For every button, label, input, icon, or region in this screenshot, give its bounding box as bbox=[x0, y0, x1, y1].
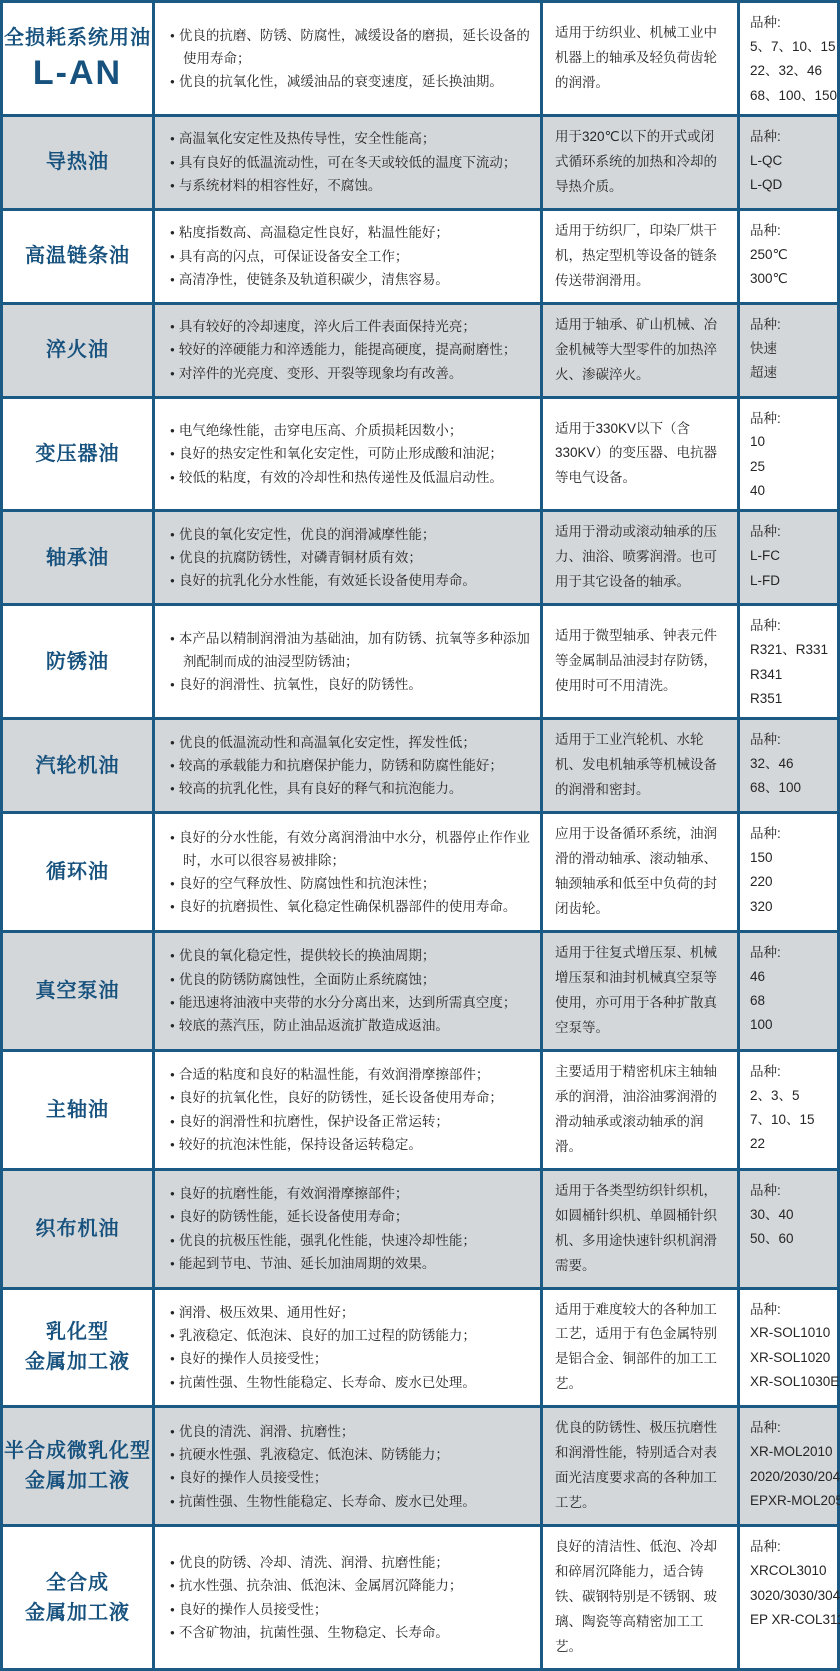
product-name-cell: 半合成微乳化型金属加工液 bbox=[3, 1408, 155, 1524]
variety-value: 5、7、10、15 bbox=[750, 35, 837, 59]
variety-value: 68 bbox=[750, 989, 833, 1013]
varieties-cell: 品种: R321、R331R341R351 bbox=[740, 606, 837, 717]
application-text: 适用于难度较大的各种加工工艺，适用于有色金属特别是铝合金、铜部件的加工工艺。 bbox=[555, 1298, 725, 1398]
application-cell: 适用于微型轴承、钟表元件等金属制品油浸封存防锈，使用时可不用清洗。 bbox=[543, 606, 740, 717]
varieties-lines: 102540 bbox=[750, 430, 833, 503]
features-cell: 合适的粘度和良好的粘温性能，有效润滑摩擦部件；良好的抗氧化性，良好的防锈性，延长… bbox=[155, 1052, 543, 1168]
product-name: 金属加工液 bbox=[25, 1598, 130, 1628]
product-name-cell: 真空泵油 bbox=[3, 933, 155, 1049]
feature-item: 良好的润滑性、抗氧性，良好的防锈性。 bbox=[170, 673, 530, 696]
application-text: 适用于微型轴承、钟表元件等金属制品油浸封存防锈，使用时可不用清洗。 bbox=[555, 624, 725, 699]
product-name: 防锈油 bbox=[46, 647, 109, 677]
table-row: 半合成微乳化型金属加工液 优良的清洗、润滑、抗磨性；抗硬水性强、乳液稳定、低泡沫… bbox=[3, 1408, 837, 1527]
feature-item: 对淬件的光亮度、变形、开裂等现象均有改善。 bbox=[170, 362, 516, 385]
variety-value: L-QC bbox=[750, 149, 833, 173]
features-list: 具有较好的冷却速度，淬火后工件表面保持光亮；较好的淬硬能力和淬透能力，能提高硬度… bbox=[170, 315, 516, 385]
features-cell: 粘度指数高、高温稳定性良好，粘温性能好；具有高的闪点，可保证设备安全工作；高清净… bbox=[155, 211, 543, 302]
features-cell: 高温氧化安定性及热传导性，安全性能高；具有良好的低温流动性，可在冬天或较低的温度… bbox=[155, 117, 543, 208]
application-cell: 主要适用于精密机床主轴轴承的润滑，油浴油雾润滑的滑动轴承或滚动轴承的润滑。 bbox=[543, 1052, 740, 1168]
variety-value: 40 bbox=[750, 479, 833, 503]
varieties-cell: 品种: 250℃300℃ bbox=[740, 211, 837, 302]
table-row: 汽轮机油 优良的低温流动性和高温氧化安定性，挥发性低；较高的承载能力和抗磨保护能… bbox=[3, 720, 837, 814]
feature-item: 较高的承载能力和抗磨保护能力，防锈和防腐性能好； bbox=[170, 754, 503, 777]
table-row: 主轴油 合适的粘度和良好的粘温性能，有效润滑摩擦部件；良好的抗氧化性，良好的防锈… bbox=[3, 1052, 837, 1171]
variety-value: 100 bbox=[750, 1013, 833, 1037]
feature-item: 能迅速将油液中夹带的水分分离出来，达到所需真空度； bbox=[170, 991, 516, 1014]
product-name-cell: 高温链条油 bbox=[3, 211, 155, 302]
table-row: 淬火油 具有较好的冷却速度，淬火后工件表面保持光亮；较好的淬硬能力和淬透能力，能… bbox=[3, 305, 837, 399]
product-name: 轴承油 bbox=[46, 543, 109, 573]
varieties-lines: 32、4668、100 bbox=[750, 752, 833, 801]
application-cell: 适用于纺织厂，印染厂烘干机，热定型机等设备的链条传送带润滑用。 bbox=[543, 211, 740, 302]
features-cell: 优良的清洗、润滑、抗磨性；抗硬水性强、乳液稳定、低泡沫、防锈能力；良好的操作人员… bbox=[155, 1408, 543, 1524]
variety-value: 32、46 bbox=[750, 752, 833, 776]
variety-value: 超速 bbox=[750, 361, 833, 385]
variety-value: L-FC bbox=[750, 544, 833, 568]
features-cell: 优良的低温流动性和高温氧化安定性，挥发性低；较高的承载能力和抗磨保护能力，防锈和… bbox=[155, 720, 543, 811]
feature-item: 优良的氧化稳定性，提供较长的换油周期； bbox=[170, 944, 516, 967]
variety-value: 320 bbox=[750, 895, 833, 919]
application-text: 良好的清洁性、低泡、冷却和碎屑沉降能力，适合铸铁、碳钢特别是不锈钢、玻璃、陶瓷等… bbox=[555, 1535, 725, 1660]
feature-item: 优良的抗腐防锈性，对磷青铜材质有效； bbox=[170, 546, 476, 569]
application-cell: 适用于滑动或滚动轴承的压力、油浴、喷雾润滑。也可用于其它设备的轴承。 bbox=[543, 512, 740, 603]
varieties-label: 品种: bbox=[750, 408, 833, 431]
variety-value: XR-SOL1030EP bbox=[750, 1370, 840, 1394]
application-cell: 适用于往复式增压泵、机械增压泵和油封机械真空泵等使用，亦可用于各种扩散真空泵等。 bbox=[543, 933, 740, 1049]
table-row: 防锈油 本产品以精制润滑油为基础油，加有防锈、抗氧等多种添加剂配制而成的油浸型防… bbox=[3, 606, 837, 720]
product-name: 变压器油 bbox=[36, 439, 120, 469]
product-name: 全合成 bbox=[46, 1568, 109, 1598]
feature-item: 抗菌性强、生物性能稳定、长寿命、废水已处理。 bbox=[170, 1371, 476, 1394]
feature-item: 较好的淬硬能力和淬透能力，能提高硬度，提高耐磨性； bbox=[170, 338, 516, 361]
varieties-label: 品种: bbox=[750, 823, 833, 846]
feature-item: 优良的抗磨、防锈、防腐性，减缓设备的磨损，延长设备的使用寿命； bbox=[170, 24, 530, 70]
product-name-cell: 导热油 bbox=[3, 117, 155, 208]
feature-item: 良好的空气释放性、防腐蚀性和抗泡沫性； bbox=[170, 872, 530, 895]
varieties-cell: 品种: 5、7、10、1522、32、4668、100、150 bbox=[740, 3, 840, 114]
varieties-cell: 品种: 30、4050、60 bbox=[740, 1171, 837, 1287]
feature-item: 良好的防锈性能，延长设备使用寿命； bbox=[170, 1205, 476, 1228]
feature-item: 乳液稳定、低泡沫、良好的加工过程的防锈能力； bbox=[170, 1324, 476, 1347]
variety-value: L-QD bbox=[750, 173, 833, 197]
varieties-cell: 品种: 2、3、57、10、1522 bbox=[740, 1052, 837, 1168]
features-cell: 良好的分水性能，有效分离润滑油中水分，机器停止作作业时，水可以很容易被排除；良好… bbox=[155, 814, 543, 930]
feature-item: 电气绝缘性能，击穿电压高、介质损耗因数小； bbox=[170, 419, 503, 442]
application-cell: 适用于纺织业、机械工业中机器上的轴承及轻负荷齿轮的润滑。 bbox=[543, 3, 740, 114]
feature-item: 合适的粘度和良好的粘温性能，有效润滑摩擦部件； bbox=[170, 1063, 503, 1086]
feature-item: 良好的抗乳化分水性能，有效延长设备使用寿命。 bbox=[170, 569, 476, 592]
feature-item: 良好的分水性能，有效分离润滑油中水分，机器停止作作业时，水可以很容易被排除； bbox=[170, 826, 530, 872]
varieties-label: 品种: bbox=[750, 1061, 833, 1084]
table-row: 循环油 良好的分水性能，有效分离润滑油中水分，机器停止作作业时，水可以很容易被排… bbox=[3, 814, 837, 933]
feature-item: 良好的操作人员接受性； bbox=[170, 1598, 462, 1621]
application-text: 适用于纺织厂，印染厂烘干机，热定型机等设备的链条传送带润滑用。 bbox=[555, 219, 725, 294]
application-text: 适用于滑动或滚动轴承的压力、油浴、喷雾润滑。也可用于其它设备的轴承。 bbox=[555, 520, 725, 595]
features-list: 优良的防锈、冷却、清洗、润滑、抗磨性能；抗水性强、抗杂油、低泡沫、金属屑沉降能力… bbox=[170, 1551, 462, 1644]
table-row: 轴承油 优良的氧化安定性，优良的润滑减摩性能；优良的抗腐防锈性，对磷青铜材质有效… bbox=[3, 512, 837, 606]
application-cell: 适用于轴承、矿山机械、冶金机械等大型零件的加热淬火、渗碳淬火。 bbox=[543, 305, 740, 396]
varieties-label: 品种: bbox=[750, 1299, 840, 1322]
product-name: 循环油 bbox=[46, 857, 109, 887]
features-list: 优良的抗磨、防锈、防腐性，减缓设备的磨损，延长设备的使用寿命；优良的抗氧化性，减… bbox=[170, 24, 530, 94]
table-row: 乳化型金属加工液 润滑、极压效果、通用性好；乳液稳定、低泡沫、良好的加工过程的防… bbox=[3, 1290, 837, 1409]
features-cell: 优良的抗磨、防锈、防腐性，减缓设备的磨损，延长设备的使用寿命；优良的抗氧化性，减… bbox=[155, 3, 543, 114]
variety-value: 50、60 bbox=[750, 1227, 833, 1251]
application-text: 应用于设备循环系统，油润滑的滑动轴承、滚动轴承、轴颈轴承和低至中负荷的封闭齿轮。 bbox=[555, 822, 725, 922]
variety-value: 46 bbox=[750, 965, 833, 989]
features-list: 优良的清洗、润滑、抗磨性；抗硬水性强、乳液稳定、低泡沫、防锈能力；良好的操作人员… bbox=[170, 1420, 476, 1513]
product-name: 金属加工液 bbox=[25, 1466, 130, 1496]
varieties-cell: 品种: L-FCL-FD bbox=[740, 512, 837, 603]
variety-value: 150 bbox=[750, 846, 833, 870]
features-cell: 本产品以精制润滑油为基础油，加有防锈、抗氧等多种添加剂配制而成的油浸型防锈油；良… bbox=[155, 606, 543, 717]
table-row: 织布机油 良好的抗磨性能，有效润滑摩擦部件；良好的防锈性能，延长设备使用寿命；优… bbox=[3, 1171, 837, 1290]
feature-item: 优良的清洗、润滑、抗磨性； bbox=[170, 1420, 476, 1443]
varieties-label: 品种: bbox=[750, 615, 833, 638]
varieties-label: 品种: bbox=[750, 1180, 833, 1203]
variety-value: 300℃ bbox=[750, 267, 833, 291]
varieties-label: 品种: bbox=[750, 521, 833, 544]
product-name-cell: 汽轮机油 bbox=[3, 720, 155, 811]
varieties-label: 品种: bbox=[750, 942, 833, 965]
varieties-lines: L-QCL-QD bbox=[750, 149, 833, 198]
features-list: 本产品以精制润滑油为基础油，加有防锈、抗氧等多种添加剂配制而成的油浸型防锈油；良… bbox=[170, 627, 530, 697]
application-text: 用于320℃以下的开式或闭式循环系统的加热和冷却的导热介质。 bbox=[555, 125, 725, 200]
application-text: 适用于各类型纺织针织机，如圆桶针织机、单圆桶针织机、多用途快速针织机润滑需要。 bbox=[555, 1179, 725, 1279]
features-cell: 良好的抗磨性能，有效润滑摩擦部件；良好的防锈性能，延长设备使用寿命；优良的抗极压… bbox=[155, 1171, 543, 1287]
product-name: 主轴油 bbox=[46, 1095, 109, 1125]
feature-item: 良好的抗磨性能，有效润滑摩擦部件； bbox=[170, 1182, 476, 1205]
features-list: 良好的分水性能，有效分离润滑油中水分，机器停止作作业时，水可以很容易被排除；良好… bbox=[170, 826, 530, 919]
application-cell: 良好的清洁性、低泡、冷却和碎屑沉降能力，适合铸铁、碳钢特别是不锈钢、玻璃、陶瓷等… bbox=[543, 1527, 740, 1668]
varieties-cell: 品种: L-QCL-QD bbox=[740, 117, 837, 208]
feature-item: 具有较好的冷却速度，淬火后工件表面保持光亮； bbox=[170, 315, 516, 338]
variety-value: XR-SOL1010 bbox=[750, 1321, 840, 1345]
variety-value: 快速 bbox=[750, 337, 833, 361]
variety-value: 250℃ bbox=[750, 243, 833, 267]
varieties-label: 品种: bbox=[750, 220, 833, 243]
varieties-label: 品种: bbox=[750, 126, 833, 149]
feature-item: 润滑、极压效果、通用性好； bbox=[170, 1301, 476, 1324]
features-list: 粘度指数高、高温稳定性良好，粘温性能好；具有高的闪点，可保证设备安全工作；高清净… bbox=[170, 221, 449, 291]
feature-item: 良好的操作人员接受性； bbox=[170, 1466, 476, 1489]
feature-item: 具有良好的低温流动性，可在冬天或较低的温度下流动； bbox=[170, 151, 516, 174]
product-name-cell: 全损耗系统用油L-AN bbox=[3, 3, 155, 114]
table-row: 导热油 高温氧化安定性及热传导性，安全性能高；具有良好的低温流动性，可在冬天或较… bbox=[3, 117, 837, 211]
variety-value: XRCOL3010 bbox=[750, 1559, 840, 1583]
variety-value: XR-SOL1020 bbox=[750, 1346, 840, 1370]
feature-item: 抗硬水性强、乳液稳定、低泡沫、防锈能力； bbox=[170, 1443, 476, 1466]
variety-value: 68、100、150 bbox=[750, 84, 837, 108]
application-text: 主要适用于精密机床主轴轴承的润滑，油浴油雾润滑的滑动轴承或滚动轴承的润滑。 bbox=[555, 1060, 725, 1160]
table-row: 变压器油 电气绝缘性能，击穿电压高、介质损耗因数小；良好的热安定性和氧化安定性，… bbox=[3, 399, 837, 513]
product-name-cell: 循环油 bbox=[3, 814, 155, 930]
variety-value: 7、10、15 bbox=[750, 1108, 833, 1132]
product-name: 导热油 bbox=[46, 147, 109, 177]
varieties-cell: 品种: 102540 bbox=[740, 399, 837, 510]
feature-item: 粘度指数高、高温稳定性良好，粘温性能好； bbox=[170, 221, 449, 244]
varieties-lines: XR-SOL1010XR-SOL1020XR-SOL1030EP bbox=[750, 1321, 840, 1394]
feature-item: 良好的抗磨损性、氧化稳定性确保机器部件的使用寿命。 bbox=[170, 895, 530, 918]
table-row: 全损耗系统用油L-AN 优良的抗磨、防锈、防腐性，减缓设备的磨损，延长设备的使用… bbox=[3, 3, 837, 117]
variety-value: 30、40 bbox=[750, 1203, 833, 1227]
varieties-cell: 品种: XR-MOL20102020/2030/2040EPXR-MOL2050… bbox=[740, 1408, 840, 1524]
varieties-lines: 250℃300℃ bbox=[750, 243, 833, 292]
variety-value: 22 bbox=[750, 1132, 833, 1156]
variety-value: EP XR-COL3110/3120 bbox=[750, 1608, 840, 1632]
feature-item: 优良的防锈防腐蚀性，全面防止系统腐蚀； bbox=[170, 968, 516, 991]
features-cell: 优良的氧化稳定性，提供较长的换油周期；优良的防锈防腐蚀性，全面防止系统腐蚀；能迅… bbox=[155, 933, 543, 1049]
variety-value: R351 bbox=[750, 687, 833, 711]
features-list: 优良的低温流动性和高温氧化安定性，挥发性低；较高的承载能力和抗磨保护能力，防锈和… bbox=[170, 731, 503, 801]
features-list: 高温氧化安定性及热传导性，安全性能高；具有良好的低温流动性，可在冬天或较低的温度… bbox=[170, 127, 516, 197]
varieties-cell: 品种: XRCOL30103020/3030/3040EP XR-COL3110… bbox=[740, 1527, 840, 1668]
varieties-cell: 品种: 32、4668、100 bbox=[740, 720, 837, 811]
feature-item: 良好的润滑性和抗磨性，保护设备正常运转； bbox=[170, 1110, 503, 1133]
product-name: 汽轮机油 bbox=[36, 751, 120, 781]
application-text: 适用于轴承、矿山机械、冶金机械等大型零件的加热淬火、渗碳淬火。 bbox=[555, 313, 725, 388]
variety-value: XR-MOL2010 bbox=[750, 1440, 840, 1464]
product-name: 淬火油 bbox=[46, 335, 109, 365]
feature-item: 良好的操作人员接受性； bbox=[170, 1347, 476, 1370]
feature-item: 能起到节电、节油、延长加油周期的效果。 bbox=[170, 1252, 476, 1275]
product-name-cell: 变压器油 bbox=[3, 399, 155, 510]
variety-value: 25 bbox=[750, 455, 833, 479]
features-cell: 润滑、极压效果、通用性好；乳液稳定、低泡沫、良好的加工过程的防锈能力；良好的操作… bbox=[155, 1290, 543, 1406]
oil-products-table: 全损耗系统用油L-AN 优良的抗磨、防锈、防腐性，减缓设备的磨损，延长设备的使用… bbox=[0, 0, 840, 1671]
application-cell: 用于320℃以下的开式或闭式循环系统的加热和冷却的导热介质。 bbox=[543, 117, 740, 208]
application-cell: 优良的防锈性、极压抗磨性和润滑性能，特别适合对表面光洁度要求高的各种加工工艺。 bbox=[543, 1408, 740, 1524]
features-list: 优良的氧化安定性，优良的润滑减摩性能；优良的抗腐防锈性，对磷青铜材质有效；良好的… bbox=[170, 523, 476, 593]
variety-value: 68、100 bbox=[750, 776, 833, 800]
application-cell: 应用于设备循环系统，油润滑的滑动轴承、滚动轴承、轴颈轴承和低至中负荷的封闭齿轮。 bbox=[543, 814, 740, 930]
application-text: 优良的防锈性、极压抗磨性和润滑性能，特别适合对表面光洁度要求高的各种加工工艺。 bbox=[555, 1416, 725, 1516]
features-cell: 优良的防锈、冷却、清洗、润滑、抗磨性能；抗水性强、抗杂油、低泡沫、金属屑沉降能力… bbox=[155, 1527, 543, 1668]
varieties-lines: 30、4050、60 bbox=[750, 1203, 833, 1252]
feature-item: 较底的蒸汽压，防止油品返流扩散造成返油。 bbox=[170, 1014, 516, 1037]
varieties-label: 品种: bbox=[750, 12, 837, 35]
feature-item: 优良的抗极压性能，强乳化性能，快速冷却性能； bbox=[170, 1229, 476, 1252]
product-name: 织布机油 bbox=[36, 1214, 120, 1244]
product-name: L-AN bbox=[33, 53, 122, 94]
product-name-cell: 主轴油 bbox=[3, 1052, 155, 1168]
variety-value: R341 bbox=[750, 663, 833, 687]
application-cell: 适用于难度较大的各种加工工艺，适用于有色金属特别是铝合金、铜部件的加工工艺。 bbox=[543, 1290, 740, 1406]
varieties-lines: 2、3、57、10、1522 bbox=[750, 1084, 833, 1157]
feature-item: 抗菌性强、生物性能稳定、长寿命、废水已处理。 bbox=[170, 1490, 476, 1513]
variety-value: EPXR-MOL2050ML bbox=[750, 1489, 840, 1513]
varieties-label: 品种: bbox=[750, 729, 833, 752]
feature-item: 优良的低温流动性和高温氧化安定性，挥发性低； bbox=[170, 731, 503, 754]
feature-item: 高清净性，使链条及轨道积碳少，清焦容易。 bbox=[170, 268, 449, 291]
feature-item: 优良的氧化安定性，优良的润滑减摩性能； bbox=[170, 523, 476, 546]
feature-item: 不含矿物油，抗菌性强、生物稳定、长寿命。 bbox=[170, 1621, 462, 1644]
application-text: 适用于工业汽轮机、水轮机、发电机轴承等机械设备的润滑和密封。 bbox=[555, 728, 725, 803]
variety-value: 22、32、46 bbox=[750, 59, 837, 83]
varieties-lines: L-FCL-FD bbox=[750, 544, 833, 593]
variety-value: 220 bbox=[750, 870, 833, 894]
varieties-lines: 快速超速 bbox=[750, 337, 833, 386]
product-name-cell: 乳化型金属加工液 bbox=[3, 1290, 155, 1406]
feature-item: 优良的防锈、冷却、清洗、润滑、抗磨性能； bbox=[170, 1551, 462, 1574]
feature-item: 本产品以精制润滑油为基础油，加有防锈、抗氧等多种添加剂配制而成的油浸型防锈油； bbox=[170, 627, 530, 673]
features-list: 电气绝缘性能，击穿电压高、介质损耗因数小；良好的热安定性和氧化安定性，可防止形成… bbox=[170, 419, 503, 489]
variety-value: 2、3、5 bbox=[750, 1084, 833, 1108]
feature-item: 良好的抗氧化性，良好的防锈性，延长设备使用寿命； bbox=[170, 1086, 503, 1109]
product-name-cell: 全合成金属加工液 bbox=[3, 1527, 155, 1668]
varieties-lines: R321、R331R341R351 bbox=[750, 638, 833, 711]
application-text: 适用于330KV以下（含330KV）的变压器、电抗器等电气设备。 bbox=[555, 417, 725, 492]
feature-item: 较好的抗泡沫性能，保持设备运转稳定。 bbox=[170, 1133, 503, 1156]
features-list: 良好的抗磨性能，有效润滑摩擦部件；良好的防锈性能，延长设备使用寿命；优良的抗极压… bbox=[170, 1182, 476, 1275]
application-text: 适用于纺织业、机械工业中机器上的轴承及轻负荷齿轮的润滑。 bbox=[555, 21, 725, 96]
table-row: 全合成金属加工液 优良的防锈、冷却、清洗、润滑、抗磨性能；抗水性强、抗杂油、低泡… bbox=[3, 1527, 837, 1668]
varieties-label: 品种: bbox=[750, 314, 833, 337]
product-name: 真空泵油 bbox=[36, 976, 120, 1006]
product-name-cell: 淬火油 bbox=[3, 305, 155, 396]
variety-value: R321、R331 bbox=[750, 638, 833, 662]
varieties-cell: 品种: 快速超速 bbox=[740, 305, 837, 396]
feature-item: 具有高的闪点，可保证设备安全工作； bbox=[170, 245, 449, 268]
product-name: 半合成微乳化型 bbox=[4, 1436, 151, 1466]
product-name: 高温链条油 bbox=[25, 241, 130, 271]
variety-value: 3020/3030/3040 bbox=[750, 1584, 840, 1608]
application-cell: 适用于工业汽轮机、水轮机、发电机轴承等机械设备的润滑和密封。 bbox=[543, 720, 740, 811]
variety-value: 10 bbox=[750, 430, 833, 454]
table-row: 真空泵油 优良的氧化稳定性，提供较长的换油周期；优良的防锈防腐蚀性，全面防止系统… bbox=[3, 933, 837, 1052]
product-name-cell: 织布机油 bbox=[3, 1171, 155, 1287]
product-name-cell: 防锈油 bbox=[3, 606, 155, 717]
features-list: 合适的粘度和良好的粘温性能，有效润滑摩擦部件；良好的抗氧化性，良好的防锈性，延长… bbox=[170, 1063, 503, 1156]
varieties-lines: XRCOL30103020/3030/3040EP XR-COL3110/312… bbox=[750, 1559, 840, 1632]
features-cell: 具有较好的冷却速度，淬火后工件表面保持光亮；较好的淬硬能力和淬透能力，能提高硬度… bbox=[155, 305, 543, 396]
feature-item: 高温氧化安定性及热传导性，安全性能高； bbox=[170, 127, 516, 150]
application-cell: 适用于各类型纺织针织机，如圆桶针织机、单圆桶针织机、多用途快速针织机润滑需要。 bbox=[543, 1171, 740, 1287]
application-text: 适用于往复式增压泵、机械增压泵和油封机械真空泵等使用，亦可用于各种扩散真空泵等。 bbox=[555, 941, 725, 1041]
variety-value: 2020/2030/2040 bbox=[750, 1465, 840, 1489]
product-name: 乳化型 bbox=[46, 1317, 109, 1347]
feature-item: 抗水性强、抗杂油、低泡沫、金属屑沉降能力； bbox=[170, 1574, 462, 1597]
table-row: 高温链条油 粘度指数高、高温稳定性良好，粘温性能好；具有高的闪点，可保证设备安全… bbox=[3, 211, 837, 305]
varieties-lines: XR-MOL20102020/2030/2040EPXR-MOL2050ML bbox=[750, 1440, 840, 1513]
varieties-cell: 品种: XR-SOL1010XR-SOL1020XR-SOL1030EP bbox=[740, 1290, 840, 1406]
product-name: 全损耗系统用油 bbox=[4, 23, 151, 53]
varieties-cell: 品种: 4668100 bbox=[740, 933, 837, 1049]
application-cell: 适用于330KV以下（含330KV）的变压器、电抗器等电气设备。 bbox=[543, 399, 740, 510]
feature-item: 优良的抗氧化性，减缓油品的衰变速度，延长换油期。 bbox=[170, 70, 530, 93]
feature-item: 与系统材料的相容性好，不腐蚀。 bbox=[170, 174, 516, 197]
varieties-lines: 4668100 bbox=[750, 965, 833, 1038]
feature-item: 良好的热安定性和氧化安定性，可防止形成酸和油泥； bbox=[170, 442, 503, 465]
variety-value: L-FD bbox=[750, 569, 833, 593]
varieties-lines: 5、7、10、1522、32、4668、100、150 bbox=[750, 35, 837, 108]
product-name-cell: 轴承油 bbox=[3, 512, 155, 603]
varieties-cell: 品种: 150220320 bbox=[740, 814, 837, 930]
features-cell: 电气绝缘性能，击穿电压高、介质损耗因数小；良好的热安定性和氧化安定性，可防止形成… bbox=[155, 399, 543, 510]
feature-item: 较低的粘度，有效的冷却性和热传递性及低温启动性。 bbox=[170, 466, 503, 489]
varieties-lines: 150220320 bbox=[750, 846, 833, 919]
features-list: 优良的氧化稳定性，提供较长的换油周期；优良的防锈防腐蚀性，全面防止系统腐蚀；能迅… bbox=[170, 944, 516, 1037]
product-name: 金属加工液 bbox=[25, 1347, 130, 1377]
varieties-label: 品种: bbox=[750, 1536, 840, 1559]
feature-item: 较高的抗乳化性，具有良好的释气和抗泡能力。 bbox=[170, 777, 503, 800]
varieties-label: 品种: bbox=[750, 1417, 840, 1440]
features-list: 润滑、极压效果、通用性好；乳液稳定、低泡沫、良好的加工过程的防锈能力；良好的操作… bbox=[170, 1301, 476, 1394]
features-cell: 优良的氧化安定性，优良的润滑减摩性能；优良的抗腐防锈性，对磷青铜材质有效；良好的… bbox=[155, 512, 543, 603]
